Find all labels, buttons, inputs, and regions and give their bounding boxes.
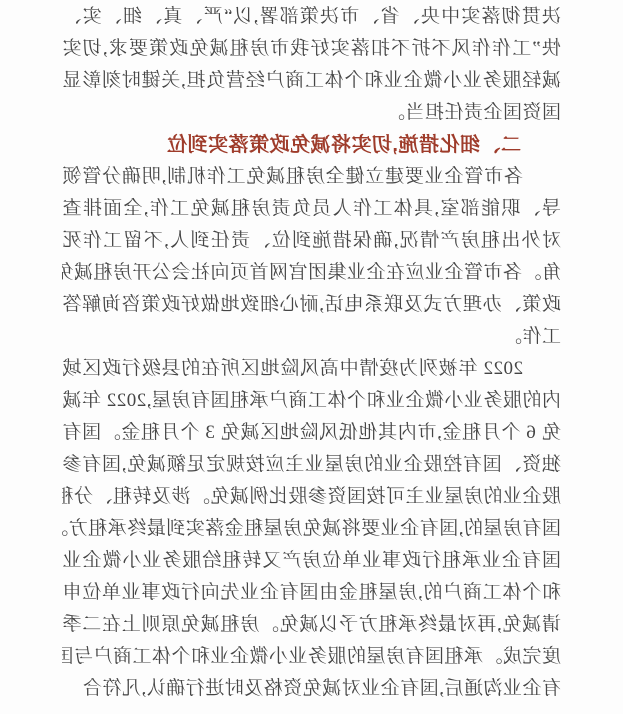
text-line: 角。各市管企业应在企业集团官网首页向社会公开房租减免 (62, 257, 561, 289)
document-page: 决贯彻落实中央、省、市决策部署,以“严、真、细、实、快”工作作风不折不扣落实好我… (0, 0, 623, 714)
mirrored-page-content: 决贯彻落实中央、省、市决策部署,以“严、真、细、实、快”工作作风不折不扣落实好我… (0, 0, 623, 714)
text-line: 和个体工商户的,房屋租金由国有企业先向行政事业单位申 (62, 577, 561, 609)
text-line: 免 6 个月租金,市内其他低风险地区减免 3 个月租金。国有 (62, 417, 561, 449)
text-line: 内的服务业小微企业和个体工商户承租国有房屋,2022 年减 (62, 385, 561, 417)
paragraph-rent-reduction-details: 2022 年被列为疫情中高风险地区所在的县级行政区域内的服务业小微企业和个体工商… (62, 353, 561, 705)
paragraph-opening-continuation: 决贯彻落实中央、省、市决策部署,以“严、真、细、实、快”工作作风不折不扣落实好我… (62, 1, 561, 129)
text-line: 快”工作作风不折不扣落实好我市房租减免政策要求,切实 (62, 33, 561, 65)
text-line: 减轻服务业小微企业和个体工商户经营负担,关键时刻彰显 (62, 65, 561, 97)
paragraph-work-mechanism: 各市管企业要建立健全房租减免工作机制,明确分管领导、职能部室,具体工作人员负责房… (62, 161, 561, 353)
text-line: 度完成。承租国有房屋的服务业小微企业和个体工商户与国 (62, 641, 561, 673)
text-line: 2022 年被列为疫情中高风险地区所在的县级行政区域 (62, 353, 561, 385)
text-line: 国有房屋的,国有企业要将减免房屋租金落实到最终承租方。 (62, 513, 561, 545)
text-line: 股企业的房屋业主可按国资参股比例减免。涉及转租、分租 (62, 481, 561, 513)
section-heading: 二、细化措施,切实将减免政策落实到位 (62, 129, 561, 161)
text-line: 国资国企责任担当。 (62, 97, 561, 129)
text-line: 工作。 (62, 321, 561, 353)
text-line: 国有企业承租行政事业单位房产又转租给服务业小微企业 (62, 545, 561, 577)
text-line: 有企业沟通后,国有企业对减免资格及时进行确认,凡符合 (62, 673, 561, 705)
text-line: 对外出租房产情况,确保措施到位、责任到人,不留工作死 (62, 225, 561, 257)
page-text-block: 决贯彻落实中央、省、市决策部署,以“严、真、细、实、快”工作作风不折不扣落实好我… (0, 0, 623, 705)
text-line: 各市管企业要建立健全房租减免工作机制,明确分管领 (62, 161, 561, 193)
text-line: 决贯彻落实中央、省、市决策部署,以“严、真、细、实、 (62, 1, 561, 33)
text-line: 政策、办理方式及联系电话,耐心细致地做好政策咨询解答 (62, 289, 561, 321)
text-line: 独资、国有控股企业的房屋业主应按规定足额减免,国有参 (62, 449, 561, 481)
text-line: 请减免,再对最终承租方予以减免。房租减免原则上在二季 (62, 609, 561, 641)
text-line: 导、职能部室,具体工作人员负责房租减免工作,全面排查 (62, 193, 561, 225)
